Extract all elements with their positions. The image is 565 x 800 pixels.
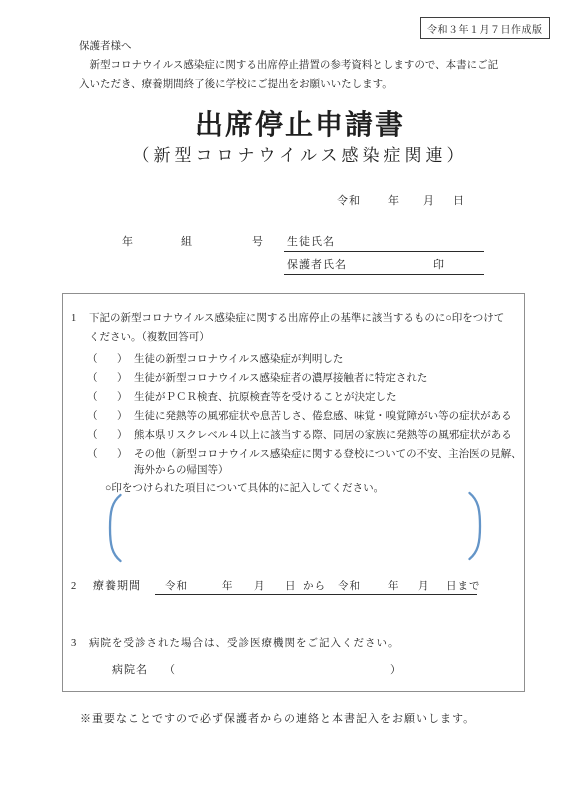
document-page: 令和３年１月７日作成版 保護者様へ 新型コロナウイルス感染症に関する出席停止措置…: [0, 0, 565, 800]
hospital-name-field[interactable]: [178, 663, 388, 679]
close-paren: ）: [117, 351, 128, 366]
seal-label: 印: [433, 259, 445, 273]
section1-number: 1: [71, 312, 76, 325]
period-era-from: 令和: [165, 580, 188, 593]
circle-answer-field[interactable]: [96, 446, 116, 459]
option-row: （ ） 熊本県リスクレベル４以上に該当する際、同居の家族に発熱等の風邪症状がある: [0, 427, 565, 441]
intro-line-1: 新型コロナウイルス感染症に関する出席停止措置の参考資料としますので、本書にご記: [79, 59, 498, 72]
period-month-to: 月: [418, 580, 429, 593]
era-label: 令和: [337, 195, 361, 209]
hospital-name-label: 病院名: [112, 664, 148, 678]
year-label: 年: [388, 195, 400, 209]
section3-instruction: 病院を受診された場合は、受診医療機関をご記入ください。: [89, 637, 400, 650]
option6-wrap-line: 海外からの帰国等）: [134, 464, 229, 477]
class-number-label: 号: [252, 236, 264, 250]
page-title: 出席停止申請書: [40, 110, 560, 142]
circle-answer-field[interactable]: [96, 351, 116, 364]
guardian-name-field[interactable]: [284, 274, 484, 275]
intro-line-2: 入いただき、療養期間終了後に学校にご提出をお願いいたします。: [79, 78, 393, 91]
month-label: 月: [423, 195, 435, 209]
hospital-close-paren: ）: [390, 664, 402, 678]
circle-answer-field[interactable]: [96, 370, 116, 383]
period-underline: [155, 594, 477, 595]
section1-instruction-line1: 下記の新型コロナウイルス感染症に関する出席停止の基準に該当するものに○印をつけて: [89, 312, 504, 325]
class-group-label: 組: [181, 236, 193, 250]
period-era-to: 令和: [338, 580, 361, 593]
section1-instruction-line2: ください。（複数回答可）: [89, 331, 210, 344]
day-label: 日: [453, 195, 465, 209]
option-row: （ ） 生徒の新型コロナウイルス感染症が判明した: [0, 351, 565, 365]
option-row: （ ） 生徒がＰＣＲ検査、抗原検査等を受けることが決定した: [0, 389, 565, 403]
option-row: （ ） その他（新型コロナウイルス感染症に関する登校についての不安、主治医の見解…: [0, 446, 565, 460]
close-paren: ）: [117, 389, 128, 404]
period-kara: から: [303, 580, 326, 593]
student-name-label: 生徒氏名: [287, 236, 335, 250]
guardian-name-label: 保護者氏名: [287, 259, 347, 273]
detail-comment-area[interactable]: [126, 494, 464, 560]
section3-number: 3: [71, 637, 76, 650]
close-paren: ）: [117, 408, 128, 423]
page-subtitle: （新型コロナウイルス感染症関連）: [40, 146, 560, 166]
option-label: 熊本県リスクレベル４以上に該当する際、同居の家族に発熱等の風邪症状がある: [134, 427, 512, 442]
footer-note: ※重要なことですので必ず保護者からの連絡と本書記入をお願いします。: [80, 713, 475, 727]
circle-answer-field[interactable]: [96, 389, 116, 402]
close-paren: ）: [117, 370, 128, 385]
version-stamp-box: 令和３年１月７日作成版: [420, 17, 550, 39]
circle-answer-field[interactable]: [96, 408, 116, 421]
student-name-field[interactable]: [284, 251, 484, 252]
period-day-from: 日: [285, 580, 296, 593]
section2-number: 2: [71, 580, 76, 593]
detail-area-open-paren: [106, 493, 123, 563]
class-year-label: 年: [122, 236, 134, 250]
hospital-open-paren: （: [164, 664, 176, 678]
option-row: （ ） 生徒に発熱等の風邪症状や息苦しさ、倦怠感、味覚・嗅覚障がい等の症状がある: [0, 408, 565, 422]
close-paren: ）: [117, 446, 128, 461]
period-day-made: 日まで: [446, 580, 481, 593]
option-label: 生徒に発熱等の風邪症状や息苦しさ、倦怠感、味覚・嗅覚障がい等の症状がある: [134, 408, 512, 423]
version-label: 令和３年１月７日作成版: [427, 25, 543, 36]
close-paren: ）: [117, 427, 128, 442]
option-label: 生徒がＰＣＲ検査、抗原検査等を受けることが決定した: [134, 389, 397, 404]
circle-answer-field[interactable]: [96, 427, 116, 440]
period-year-to: 年: [388, 580, 399, 593]
option-label: その他（新型コロナウイルス感染症に関する登校についての不安、主治医の見解、: [134, 446, 522, 461]
period-month-from: 月: [254, 580, 265, 593]
option-label: 生徒が新型コロナウイルス感染症者の濃厚接触者に特定された: [134, 370, 427, 385]
section2-label: 療養期間: [93, 580, 141, 594]
salutation: 保護者様へ: [79, 40, 132, 53]
option-label: 生徒の新型コロナウイルス感染症が判明した: [134, 351, 343, 366]
detail-area-close-paren: [467, 491, 484, 561]
option-row: （ ） 生徒が新型コロナウイルス感染症者の濃厚接触者に特定された: [0, 370, 565, 384]
period-year-from: 年: [222, 580, 233, 593]
